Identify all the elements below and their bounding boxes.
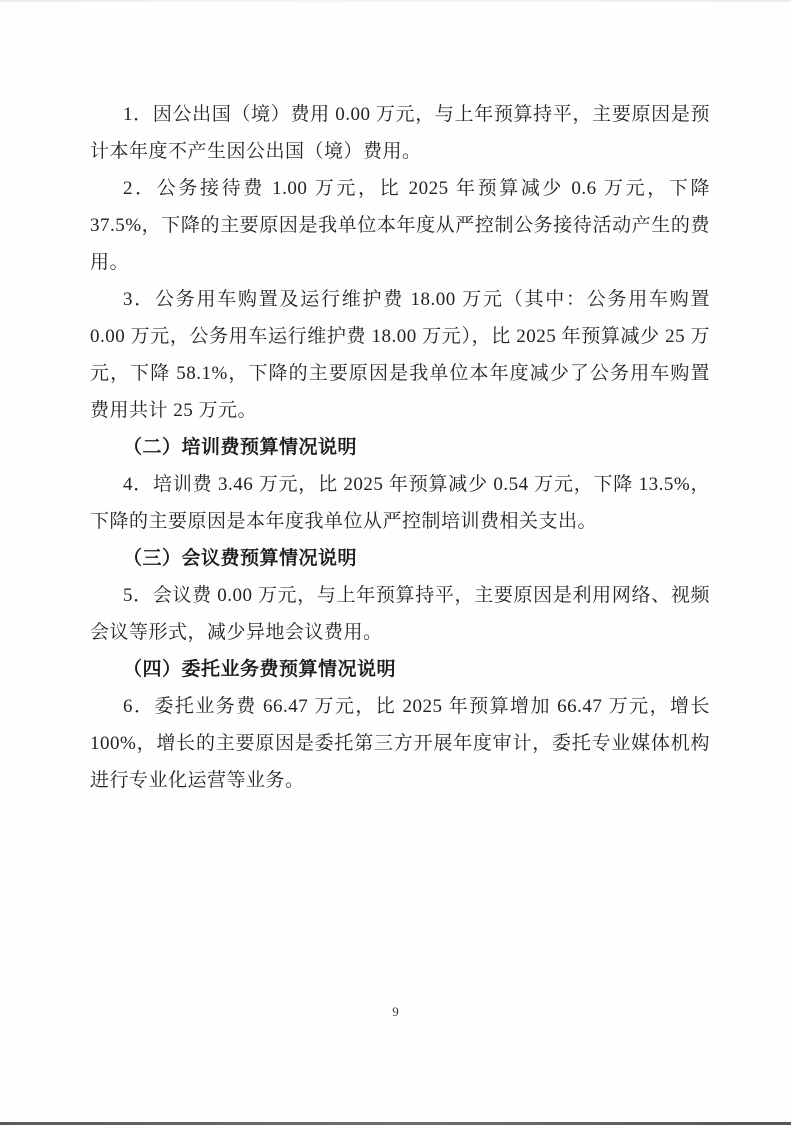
document-body: 1．因公出国（境）费用 0.00 万元，与上年预算持平，主要原因是预计本年度不产… xyxy=(90,0,710,799)
page-number: 9 xyxy=(0,1004,791,1020)
section-heading: （四）委托业务费预算情况说明 xyxy=(90,651,710,688)
body-paragraph: 4．培训费 3.46 万元，比 2025 年预算减少 0.54 万元，下降 13… xyxy=(90,466,710,540)
body-paragraph: 6．委托业务费 66.47 万元，比 2025 年预算增加 66.47 万元，增… xyxy=(90,688,710,799)
body-paragraph: 5．会议费 0.00 万元，与上年预算持平，主要原因是利用网络、视频会议等形式，… xyxy=(90,577,710,651)
body-paragraph: 2．公务接待费 1.00 万元，比 2025 年预算减少 0.6 万元，下降 3… xyxy=(90,170,710,281)
section-heading: （二）培训费预算情况说明 xyxy=(90,429,710,466)
document-page: 1．因公出国（境）费用 0.00 万元，与上年预算持平，主要原因是预计本年度不产… xyxy=(0,0,791,1125)
section-heading: （三）会议费预算情况说明 xyxy=(90,540,710,577)
body-paragraph: 1．因公出国（境）费用 0.00 万元，与上年预算持平，主要原因是预计本年度不产… xyxy=(90,96,710,170)
body-paragraph: 3．公务用车购置及运行维护费 18.00 万元（其中：公务用车购置 0.00 万… xyxy=(90,281,710,429)
